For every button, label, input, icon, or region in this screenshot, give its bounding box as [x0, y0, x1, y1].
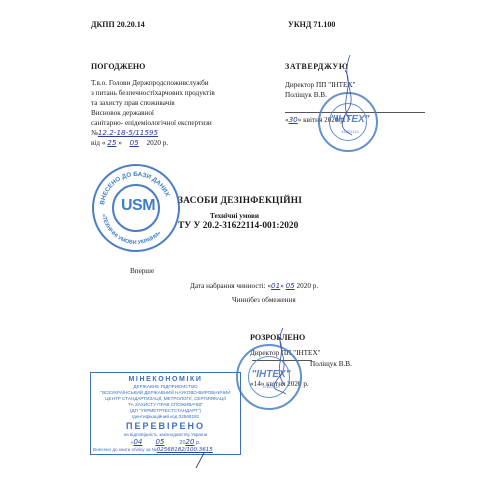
document-subtitle: Технічні умови — [178, 212, 378, 220]
dkpp-code: ДКПП 20.20.14 — [91, 20, 145, 31]
agreed-title: ПОГОДЖЕНО — [91, 62, 291, 73]
verification-signature-tail — [190, 452, 210, 470]
verification-stamp: МІНЕКОНОМІКИ ДЕРЖАВНЕ ПІДПРИЄМСТВО "ВСЕУ… — [90, 372, 241, 455]
agreed-line: та захисту прав споживачів — [91, 98, 291, 108]
agreed-line: Т.в.о. Голови Держпродспоживслужби — [91, 78, 291, 88]
conclusion-number: №12.2-18-5/11595 — [91, 128, 291, 138]
title-block: ЗАСОБИ ДЕЗІНФЕКЦІЙНІ Технічні умови ТУ У… — [178, 196, 378, 231]
agreed-line: з питань безпечностіхарчових продуктів — [91, 88, 291, 98]
agreed-line: Висновок державної — [91, 108, 291, 118]
uknd-code: УКНД 71.100 — [288, 20, 335, 31]
first-time-label: Вперше — [130, 266, 154, 276]
conclusion-number-value: 12.2-18-5/11595 — [98, 128, 158, 137]
verification-checked: ПЕРЕВІРЕНО — [91, 421, 240, 432]
verification-registry: Внесено до книги обліку за №02568182/100… — [91, 447, 240, 453]
agreed-block: ПОГОДЖЕНО Т.в.о. Голови Держпродспоживсл… — [91, 62, 291, 148]
developed-signature — [268, 326, 298, 396]
verification-date: «04 05 2020 р. — [91, 438, 240, 447]
effective-date: Дата набрання чинності: «01» 05 2020 р. — [190, 281, 318, 291]
usm-stamp: USM ВНЕСЕНО ДО БАЗИ ДАНИХ «ТЕХНІЧНІ УМОВ… — [92, 164, 180, 252]
svg-text:«ТЕХНІЧНІ УМОВИ УКРАЇНИ»: «ТЕХНІЧНІ УМОВИ УКРАЇНИ» — [100, 214, 162, 246]
agreed-line: санітарно- епідеміологічної експертизи — [91, 118, 291, 128]
svg-text:ВНЕСЕНО ДО БАЗИ ДАНИХ: ВНЕСЕНО ДО БАЗИ ДАНИХ — [99, 171, 171, 205]
document-code: ТУ У 20.2-31622114-001:2020 — [178, 221, 378, 231]
conclusion-date: від « 25 » 05 2020 р. — [91, 138, 291, 148]
usm-arc-text: ВНЕСЕНО ДО БАЗИ ДАНИХ «ТЕХНІЧНІ УМОВИ УК… — [94, 166, 178, 250]
approved-signature — [330, 50, 370, 140]
document-title: ЗАСОБИ ДЕЗІНФЕКЦІЙНІ — [178, 196, 378, 206]
validity-term: Чиннібез обмеження — [232, 295, 296, 305]
verification-ministry: МІНЕКОНОМІКИ — [91, 376, 240, 384]
